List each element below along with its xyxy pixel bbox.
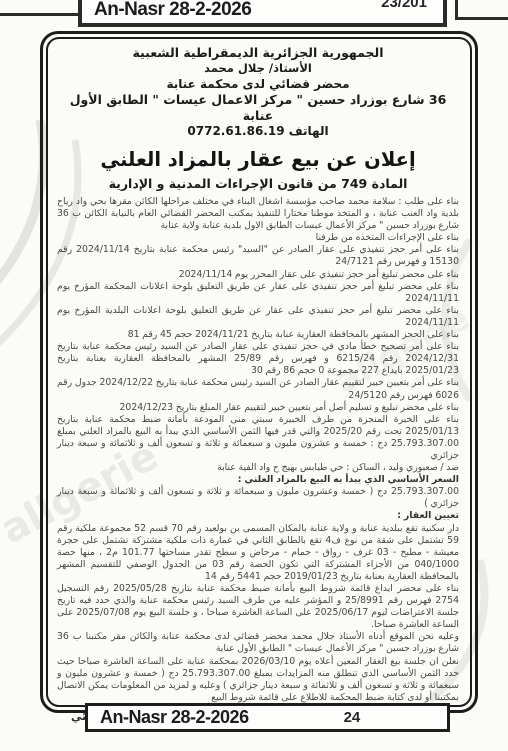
bailiff-title: محضر قضائي لدى محكمة عنابة — [57, 76, 459, 92]
base-price-label: السعر الأساسي الذي يبدأ به البيع بالمزاد… — [57, 474, 459, 486]
body-line: وعليه نحن الموقع أدناه الأستاذ جلال محمد… — [57, 631, 459, 655]
republic-header: الجمهورية الجزائرية الديمقراطية الشعبية — [57, 45, 459, 61]
body-line: بناء على أمر حجز تنفيذي على عقار الصادر … — [57, 244, 459, 268]
announcement-content: الجمهورية الجزائرية الديمقراطية الشعبية … — [57, 45, 459, 697]
body-line: بناء على أمر تصحيح خطأ مادي في حجز تنفيذ… — [57, 341, 459, 377]
bailiff-name: الأستاذ/ جلال محمد — [57, 61, 459, 76]
announcement-body: بناء على طلب : سلامة محمد صاحب مؤسسة اشغ… — [57, 196, 459, 704]
announcement-frame: الجمهورية الجزائرية الديمقراطية الشعبية … — [40, 31, 478, 713]
masthead-right-box — [455, 0, 508, 20]
footer-page-number: 24 — [344, 709, 361, 726]
body-line: بناء على محضر تبليغ أمر حجز تنفيذي على ع… — [57, 269, 459, 281]
newspaper-page-scan: allgerie allgerie An-Nasr 28-2-2026 23/2… — [0, 0, 508, 751]
body-line: نعلن ان جلسة بيع العقار المعين أعلاه يوم… — [57, 656, 459, 704]
office-address: 36 شارع بوزراد حسين " مركز الاعمال عيسات… — [57, 92, 459, 124]
body-line: بناء على الإجراءات المتخذه من طرفنا — [57, 232, 459, 244]
property-designation-label: تعيين العقار : — [57, 510, 459, 522]
announcement-subtitle: المادة 749 من قانون الإجراءات المدنية و … — [57, 175, 459, 192]
masthead-title: An-Nasr 28-2-2026 — [94, 0, 251, 21]
body-line: بناء على محضر ايداع قائمة شروط البيع بأم… — [57, 583, 459, 631]
masthead: An-Nasr 28-2-2026 23/201 — [78, 0, 447, 27]
body-line: دار سكنية تقع ببلدية عنابة و ولاية عنابة… — [57, 523, 459, 583]
office-phone: الهاتف 0772.61.86.19 — [57, 124, 459, 139]
body-line: بناء على محضر تبليغ أمر حجز تنفيذي على ع… — [57, 281, 459, 305]
footer-bar: An-Nasr 28-2-2026 24 — [85, 703, 450, 732]
body-line: بناء على محضر تبليغ و تسليم أصل أمر بتعي… — [57, 402, 459, 414]
masthead-issue-number: 23/201 — [381, 0, 427, 11]
footer-title: An-Nasr 28-2-2026 — [100, 707, 249, 728]
body-line: بناء على الحجز المشهر بالمحافظة العقارية… — [57, 329, 459, 341]
masthead-left-box — [0, 0, 81, 16]
body-line: ضد / صعبوري وليد ، الساكن : حي طيابس بهي… — [57, 462, 459, 474]
body-line: بناء على محضر تبليغ أمر حجز تنفيذي على ع… — [57, 305, 459, 329]
base-price-amount: 25.793.307.00 دج ( خمسة وعشرون مليون و س… — [57, 486, 459, 510]
body-line: بناء على طلب : سلامة محمد صاحب مؤسسة اشغ… — [57, 196, 459, 232]
announcement-title: إعلان عن بيع عقار بالمزاد العلني — [57, 148, 459, 172]
body-line: بناء على الخبرة المنجزة من طرف الخبيرة س… — [57, 414, 459, 462]
announcement-frame-inner: الجمهورية الجزائرية الديمقراطية الشعبية … — [46, 37, 472, 707]
body-line: بناء على أمر بتعيين خبير لتقييم عقار الص… — [57, 377, 459, 401]
